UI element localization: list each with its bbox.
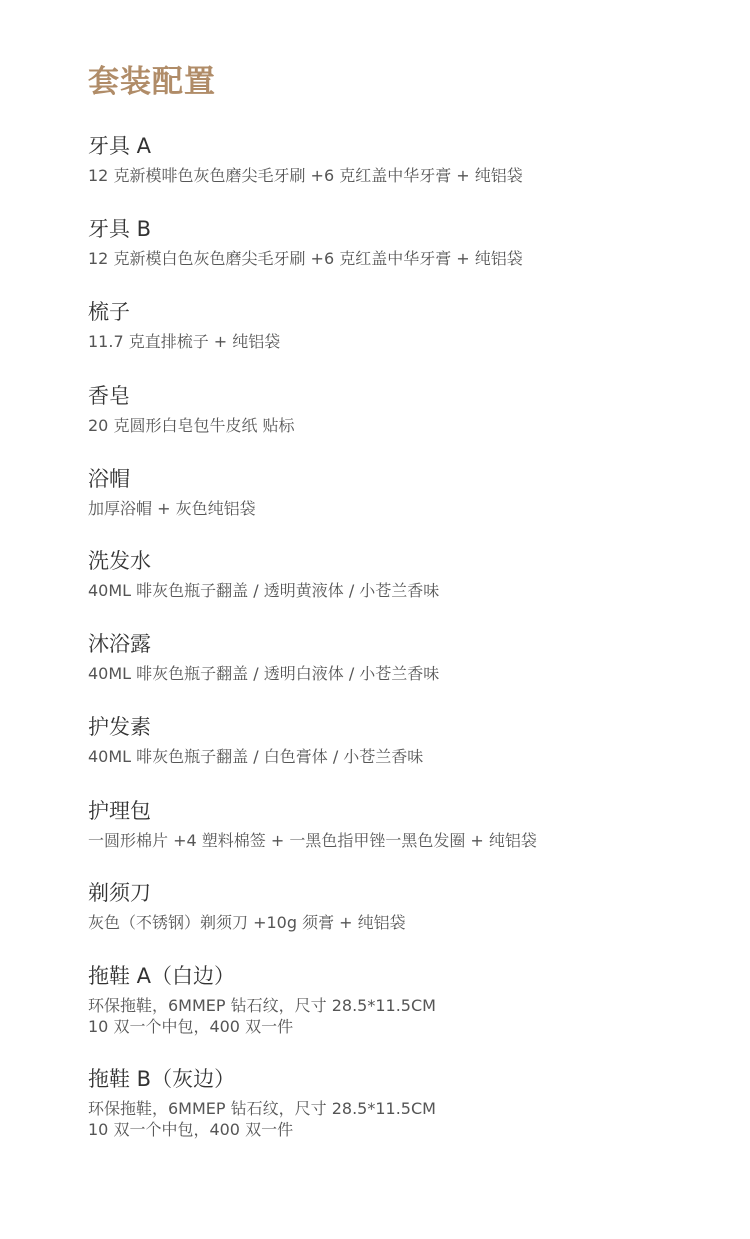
item-desc: 40ML 啡灰色瓶子翻盖 / 透明白液体 / 小苍兰香味 xyxy=(88,663,439,684)
config-item-soap: 香皂 20 克圆形白皂包牛皮纸 贴标 xyxy=(88,382,295,436)
item-name: 牙具 B xyxy=(88,215,523,243)
item-desc: 40ML 啡灰色瓶子翻盖 / 白色膏体 / 小苍兰香味 xyxy=(88,746,423,767)
item-name: 牙具 A xyxy=(88,132,523,160)
item-name: 梳子 xyxy=(88,298,280,326)
item-name: 剃须刀 xyxy=(88,879,406,907)
item-name: 拖鞋 B（灰边） xyxy=(88,1065,436,1093)
item-desc: 一圆形棉片 +4 塑料棉签 + 一黑色指甲锉一黑色发圈 + 纯铝袋 xyxy=(88,830,537,851)
config-item-razor: 剃须刀 灰色（不锈钢）剃须刀 +10g 须膏 + 纯铝袋 xyxy=(88,879,406,933)
config-item-slippers-a: 拖鞋 A（白边） 环保拖鞋，6MMEP 钻石纹，尺寸 28.5*11.5CM 1… xyxy=(88,962,436,1037)
item-desc: 环保拖鞋，6MMEP 钻石纹，尺寸 28.5*11.5CM xyxy=(88,995,436,1016)
item-desc: 灰色（不锈钢）剃须刀 +10g 须膏 + 纯铝袋 xyxy=(88,912,406,933)
item-name: 浴帽 xyxy=(88,465,256,493)
config-item-toothbrush-b: 牙具 B 12 克新模白色灰色磨尖毛牙刷 +6 克红盖中华牙膏 + 纯铝袋 xyxy=(88,215,523,269)
config-item-body-wash: 沐浴露 40ML 啡灰色瓶子翻盖 / 透明白液体 / 小苍兰香味 xyxy=(88,630,439,684)
item-name: 拖鞋 A（白边） xyxy=(88,962,436,990)
config-item-shower-cap: 浴帽 加厚浴帽 + 灰色纯铝袋 xyxy=(88,465,256,519)
config-item-slippers-b: 拖鞋 B（灰边） 环保拖鞋，6MMEP 钻石纹，尺寸 28.5*11.5CM 1… xyxy=(88,1065,436,1140)
item-desc: 加厚浴帽 + 灰色纯铝袋 xyxy=(88,498,256,519)
item-desc: 12 克新模白色灰色磨尖毛牙刷 +6 克红盖中华牙膏 + 纯铝袋 xyxy=(88,248,523,269)
item-name: 护理包 xyxy=(88,797,537,825)
item-desc: 环保拖鞋，6MMEP 钻石纹，尺寸 28.5*11.5CM xyxy=(88,1098,436,1119)
item-desc: 10 双一个中包，400 双一件 xyxy=(88,1119,436,1140)
page-title: 套装配置 xyxy=(88,62,216,102)
item-desc: 20 克圆形白皂包牛皮纸 贴标 xyxy=(88,415,295,436)
config-item-shampoo: 洗发水 40ML 啡灰色瓶子翻盖 / 透明黄液体 / 小苍兰香味 xyxy=(88,547,439,601)
config-item-comb: 梳子 11.7 克直排梳子 + 纯铝袋 xyxy=(88,298,280,352)
item-name: 香皂 xyxy=(88,382,295,410)
item-name: 洗发水 xyxy=(88,547,439,575)
config-item-conditioner: 护发素 40ML 啡灰色瓶子翻盖 / 白色膏体 / 小苍兰香味 xyxy=(88,713,423,767)
item-desc: 10 双一个中包，400 双一件 xyxy=(88,1016,436,1037)
item-name: 护发素 xyxy=(88,713,423,741)
item-desc: 12 克新模啡色灰色磨尖毛牙刷 +6 克红盖中华牙膏 + 纯铝袋 xyxy=(88,165,523,186)
item-desc: 11.7 克直排梳子 + 纯铝袋 xyxy=(88,331,280,352)
item-name: 沐浴露 xyxy=(88,630,439,658)
config-item-toothbrush-a: 牙具 A 12 克新模啡色灰色磨尖毛牙刷 +6 克红盖中华牙膏 + 纯铝袋 xyxy=(88,132,523,186)
item-desc: 40ML 啡灰色瓶子翻盖 / 透明黄液体 / 小苍兰香味 xyxy=(88,580,439,601)
config-item-care-kit: 护理包 一圆形棉片 +4 塑料棉签 + 一黑色指甲锉一黑色发圈 + 纯铝袋 xyxy=(88,797,537,851)
